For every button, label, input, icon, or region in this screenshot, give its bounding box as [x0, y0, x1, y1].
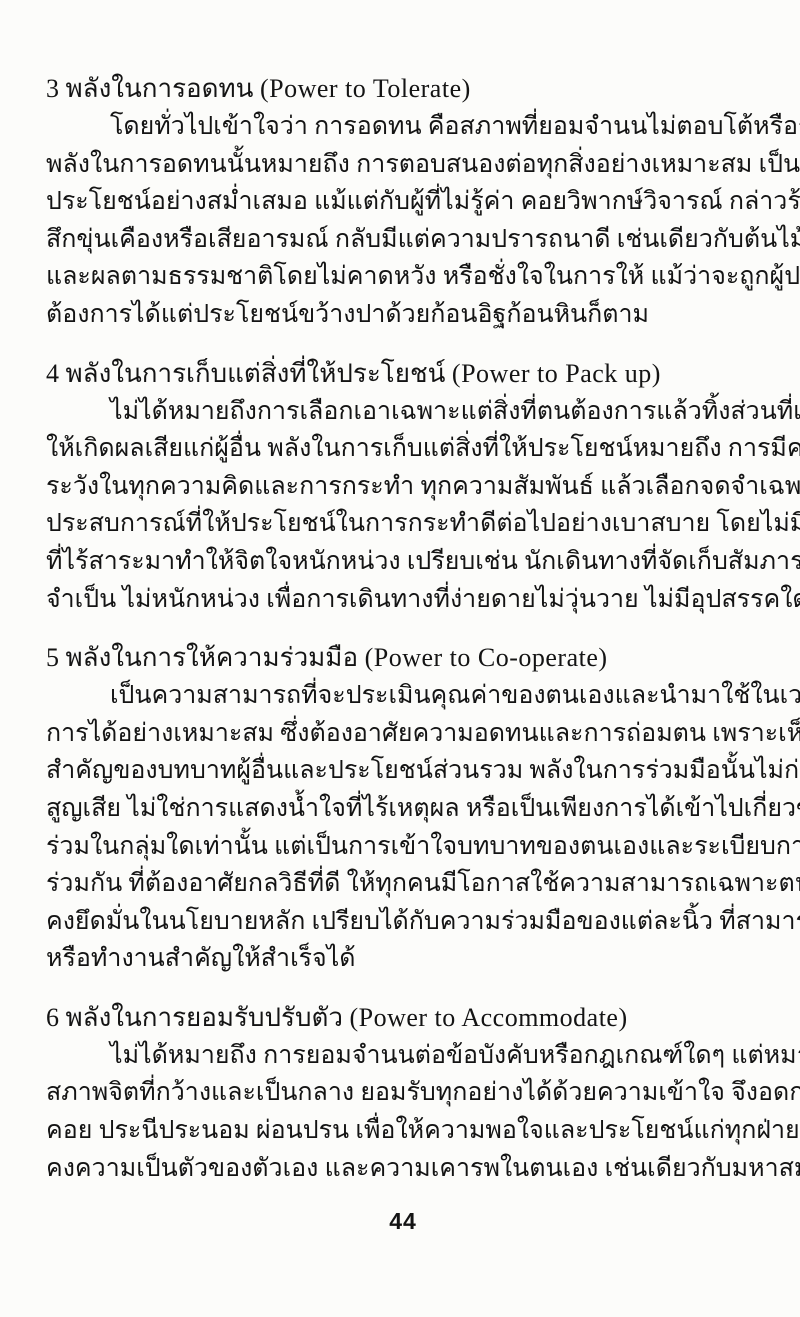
section-title-thai: พลังในการเก็บแต่สิ่งที่ให้ประโยชน์: [66, 359, 446, 388]
section-title-english: (Power to Accommodate): [349, 1003, 627, 1032]
paragraph-line: ร่วมในกลุ่มใดเท่านั้น แต่เป็นการเข้าใจบท…: [46, 828, 760, 866]
section-6-paragraph: ไม่ได้หมายถึง การยอมจำนนต่อข้อบังคับหรือ…: [46, 1037, 760, 1187]
paragraph-line: หรือทำงานสำคัญให้สำเร็จได้: [46, 940, 760, 978]
paragraph-line: คงความเป็นตัวของตัวเอง และความเคารพในตนเ…: [46, 1150, 760, 1188]
section-title-english: (Power to Pack up): [452, 359, 661, 388]
section-5-paragraph: เป็นความสามารถที่จะประเมินคุณค่าของตนเอง…: [46, 677, 760, 978]
paragraph-line: ที่ไร้สาระมาทำให้จิตใจหนักหน่วง เปรียบเช…: [46, 543, 760, 581]
paragraph-line: คอย ประนีประนอม ผ่อนปรน เพื่อให้ความพอใจ…: [46, 1112, 760, 1150]
section-4-paragraph: ไม่ได้หมายถึงการเลือกเอาเฉพาะแต่สิ่งที่ต…: [46, 393, 760, 619]
paragraph-line: ไม่ได้หมายถึงการเลือกเอาเฉพาะแต่สิ่งที่ต…: [46, 393, 760, 431]
paragraph-line: โดยทั่วไปเข้าใจว่า การอดทน คือสภาพที่ยอม…: [46, 108, 760, 146]
paragraph-line: การได้อย่างเหมาะสม ซึ่งต้องอาศัยความอดทน…: [46, 715, 760, 753]
section-title-thai: พลังในการยอมรับปรับตัว: [66, 1003, 343, 1032]
page-number: 44: [46, 1208, 760, 1235]
section-title-english: (Power to Tolerate): [260, 74, 471, 103]
paragraph-line: ระวังในทุกความคิดและการกระทำ ทุกความสัมพ…: [46, 468, 760, 506]
paragraph-line: เป็นความสามารถที่จะประเมินคุณค่าของตนเอง…: [46, 677, 760, 715]
paragraph-line: ร่วมกัน ที่ต้องอาศัยกลวิธีที่ดี ให้ทุกคน…: [46, 865, 760, 903]
section-5-power-to-co-operate: 5 พลังในการให้ความร่วมมือ (Power to Co-o…: [46, 639, 760, 978]
paragraph-line: และผลตามธรรมชาติโดยไม่คาดหวัง หรือชั่งใจ…: [46, 258, 760, 296]
section-6-power-to-accommodate: 6 พลังในการยอมรับปรับตัว (Power to Accom…: [46, 999, 760, 1187]
section-4-heading: 4 พลังในการเก็บแต่สิ่งที่ให้ประโยชน์ (Po…: [46, 355, 760, 393]
section-title-thai: พลังในการอดทน: [66, 74, 254, 103]
paragraph-line: ประโยชน์อย่างสม่ำเสมอ แม้แต่กับผู้ที่ไม่…: [46, 183, 760, 221]
paragraph-line: จำเป็น ไม่หนักหน่วง เพื่อการเดินทางที่ง่…: [46, 581, 760, 619]
paragraph-line: ประสบการณ์ที่ให้ประโยชน์ในการกระทำดีต่อไ…: [46, 505, 760, 543]
paragraph-line: ให้เกิดผลเสียแก่ผู้อื่น พลังในการเก็บแต่…: [46, 430, 760, 468]
paragraph-line: สึกขุ่นเคืองหรือเสียอารมณ์ กลับมีแต่ความ…: [46, 221, 760, 259]
section-title-english: (Power to Co-operate): [365, 643, 608, 672]
section-3-heading: 3 พลังในการอดทน (Power to Tolerate): [46, 70, 760, 108]
section-title-thai: พลังในการให้ความร่วมมือ: [66, 643, 359, 672]
paragraph-line: สภาพจิตที่กว้างและเป็นกลาง ยอมรับทุกอย่า…: [46, 1074, 760, 1112]
paragraph-line: ต้องการได้แต่ประโยชน์ขว้างปาด้วยก้อนอิฐก…: [46, 296, 760, 334]
section-number: 5: [46, 643, 59, 672]
paragraph-line: คงยึดมั่นในนโยบายหลัก เปรียบได้กับความร่…: [46, 903, 760, 941]
section-6-heading: 6 พลังในการยอมรับปรับตัว (Power to Accom…: [46, 999, 760, 1037]
section-3-paragraph: โดยทั่วไปเข้าใจว่า การอดทน คือสภาพที่ยอม…: [46, 108, 760, 334]
section-3-power-to-tolerate: 3 พลังในการอดทน (Power to Tolerate) โดยท…: [46, 70, 760, 334]
section-number: 4: [46, 359, 59, 388]
paragraph-line: ไม่ได้หมายถึง การยอมจำนนต่อข้อบังคับหรือ…: [46, 1037, 760, 1075]
section-4-power-to-pack-up: 4 พลังในการเก็บแต่สิ่งที่ให้ประโยชน์ (Po…: [46, 355, 760, 619]
paragraph-line: สำคัญของบทบาทผู้อื่นและประโยชน์ส่วนรวม พ…: [46, 752, 760, 790]
paragraph-line: สูญเสีย ไม่ใช่การแสดงน้ำใจที่ไร้เหตุผล ห…: [46, 790, 760, 828]
section-number: 6: [46, 1003, 59, 1032]
paragraph-line: พลังในการอดทนนั้นหมายถึง การตอบสนองต่อทุ…: [46, 146, 760, 184]
document-page: 3 พลังในการอดทน (Power to Tolerate) โดยท…: [0, 0, 800, 1317]
section-number: 3: [46, 74, 59, 103]
section-5-heading: 5 พลังในการให้ความร่วมมือ (Power to Co-o…: [46, 639, 760, 677]
